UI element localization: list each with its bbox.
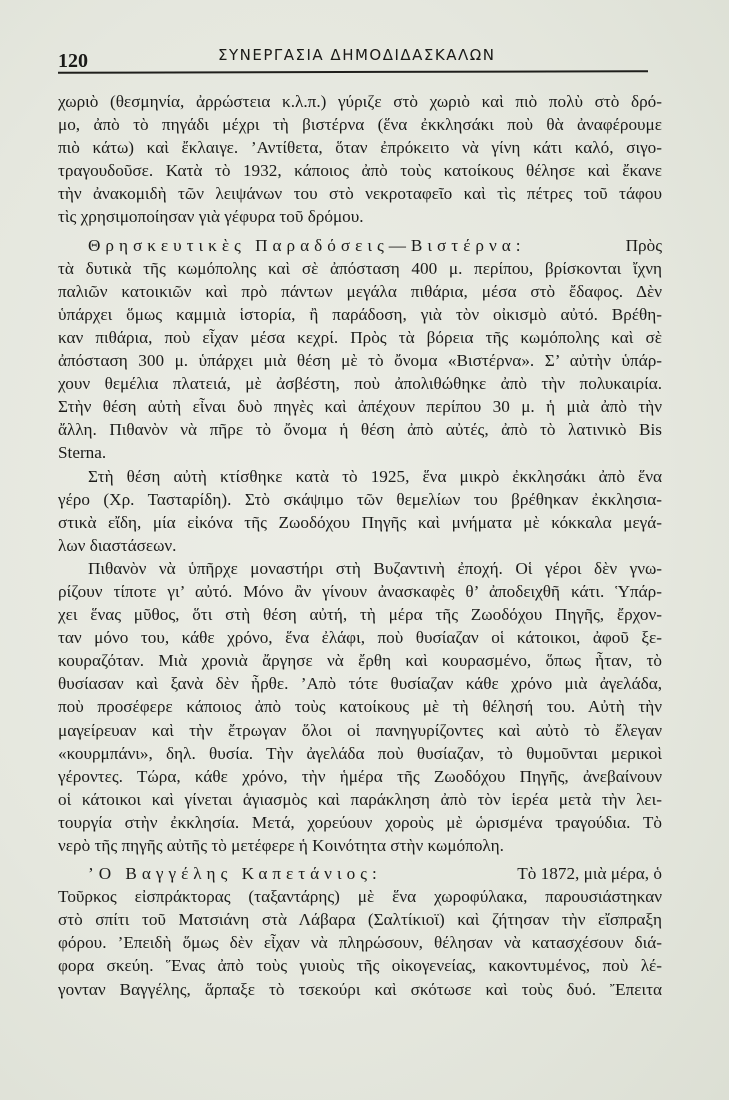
page-number: 120 <box>58 50 88 73</box>
text-line: καν πιθάρια, ποὺ εἶχαν μέσα κεχρί. Πρὸς … <box>58 326 662 349</box>
paragraph: Θρησκευτικὲς Παραδόσεις—Βιστέρνα: Πρὸς τ… <box>58 234 662 465</box>
text-line: ὑπάρχει ὅμως καμμιὰ ἱστορία, ἢ παράδοση,… <box>58 303 662 326</box>
text-line: πιὸ κάτω) καὶ ἔκλαιγε. ’Αντίθετα, ὅταν ἐ… <box>58 136 662 159</box>
page-header: 120 ΣΥΝΕΡΓΑΣΙΑ ΔΗΜΟΔΙΔΑΣΚΑΛΩΝ <box>58 42 648 72</box>
body-text: χωριὸ (θεσμηνία, ἀρρώστεια κ.λ.π.) γύριζ… <box>58 90 662 1001</box>
section-heading: Θρησκευτικὲς Παραδόσεις—Βιστέρνα: <box>88 234 526 257</box>
text-line: Στὴ θέση αὐτὴ κτίσθηκε κατὰ τὸ 1925, ἕνα… <box>58 465 662 488</box>
text-line: Πιθανὸν νὰ ὑπῆρχε μοναστήρι στὴ Βυζαντιν… <box>58 557 662 580</box>
book-page: 120 ΣΥΝΕΡΓΑΣΙΑ ΔΗΜΟΔΙΔΑΣΚΑΛΩΝ χωριὸ (θεσ… <box>0 0 729 1100</box>
text-line: γέροντες. Τώρα, κάθε χρόνο, τὴν ἡμέρα τῆ… <box>58 765 662 788</box>
text-line: Τοῦρκος εἰσπράκτορας (ταξαντάρης) μὲ ἕνα… <box>58 885 662 908</box>
paragraph: Στὴ θέση αὐτὴ κτίσθηκε κατὰ τὸ 1925, ἕνα… <box>58 465 662 557</box>
text-line: Sterna. <box>58 441 662 464</box>
section-heading: ’Ο Βαγγέλης Καπετάνιος: <box>88 862 382 885</box>
text-line: στὸ σπίτι τοῦ Ματσιάνη στὰ Λάβαρα (Σαλτί… <box>58 908 662 931</box>
text-line: τὶς χρησιμοποίησαν γιὰ γέφυρα τοῦ δρόμου… <box>58 205 662 228</box>
text-line: γονταν Βαγγέλης, ἅρπαξε τὸ τσεκούρι καὶ … <box>58 978 662 1001</box>
text-line: οἱ κάτοικοι καὶ γίνεται ἁγιασμὸς καὶ παρ… <box>58 788 662 811</box>
text-line: Στὴν θέση αὐτὴ εἶναι δυὸ πηγὲς καὶ ἀπέχο… <box>58 395 662 418</box>
text-line: κουραζόταν. Μιὰ χρονιὰ ἄργησε νὰ ἔρθη κα… <box>58 649 662 672</box>
text-line: ’Ο Βαγγέλης Καπετάνιος: Τὸ 1872, μιὰ μέρ… <box>58 862 662 885</box>
text-line: τὴν ἀνακομιδὴ τῶν λειψάνων του στὸ νεκρο… <box>58 182 662 205</box>
paragraph: Πιθανὸν νὰ ὑπῆρχε μοναστήρι στὴ Βυζαντιν… <box>58 557 662 857</box>
text-line: νερὸ τῆς πηγῆς αὐτῆς τὸ μετέφερε ἡ Κοινό… <box>58 834 662 857</box>
paragraph: ’Ο Βαγγέλης Καπετάνιος: Τὸ 1872, μιὰ μέρ… <box>58 862 662 1001</box>
heading-continuation: Τὸ 1872, μιὰ μέρα, ὁ <box>517 862 662 885</box>
text-line: «κουρμπάνι», δηλ. θυσία. Τὴν ἀγελάδα ποὺ… <box>58 742 662 765</box>
text-line: παλιῶν κατοικιῶν καὶ πρὸ πάντων μεγάλα π… <box>58 280 662 303</box>
text-line: φόρου. ’Επειδὴ ὅμως δὲν εἶχαν νὰ πληρώσο… <box>58 931 662 954</box>
running-head: ΣΥΝΕΡΓΑΣΙΑ ΔΗΜΟΔΙΔΑΣΚΑΛΩΝ <box>218 46 495 64</box>
text-line: ἀπόσταση 300 μ. ὑπάρχει μιὰ θέση μὲ τὸ ὄ… <box>58 349 662 372</box>
text-line: χει ἕνας μῦθος, ὅτι στὴ θέση αὐτή, τὴ μέ… <box>58 603 662 626</box>
text-line: τραγουδοῦσε. Κατὰ τὸ 1932, κάποιος ἀπὸ τ… <box>58 159 662 182</box>
text-line: μαγείρευαν καὶ τὴν ἔτρωγαν ὅλοι οἱ πανηγ… <box>58 719 662 742</box>
text-line: φορα σκεύη. Ἕνας ἀπὸ τοὺς γυιοὺς τῆς οἰκ… <box>58 954 662 977</box>
paragraph: χωριὸ (θεσμηνία, ἀρρώστεια κ.λ.π.) γύριζ… <box>58 90 662 229</box>
text-line: ταν μόνο του, κάθε χρόνο, ἕνα ἐλάφι, ποὺ… <box>58 626 662 649</box>
heading-continuation: Πρὸς <box>626 234 662 257</box>
text-line: ποὺ προσέφερε κάποιος ἀπὸ τοὺς κατοίκους… <box>58 695 662 718</box>
header-rule <box>58 70 648 74</box>
text-line: μο, ἀπὸ τὸ πηγάδι μέχρι τὴ βιστέρνα (ἕνα… <box>58 113 662 136</box>
text-line: στικὰ εἴδη, μία εἰκόνα τῆς Ζωοδόχου Πηγῆ… <box>58 511 662 534</box>
text-line: Θρησκευτικὲς Παραδόσεις—Βιστέρνα: Πρὸς <box>58 234 662 257</box>
text-line: ἄλλη. Πιθανὸν νὰ πῆρε τὸ ὄνομα ἡ θέση ἀπ… <box>58 418 662 441</box>
text-line: χουν θεμέλια πλατειά, μὲ ἀσβέστη, ποὺ ἀπ… <box>58 372 662 395</box>
text-line: χωριὸ (θεσμηνία, ἀρρώστεια κ.λ.π.) γύριζ… <box>58 90 662 113</box>
text-line: τὰ δυτικὰ τῆς κωμόπολης καὶ σὲ ἀπόσταση … <box>58 257 662 280</box>
text-line: θυσίασαν καὶ ξανὰ δὲν ἦρθε. ’Απὸ τότε θυ… <box>58 672 662 695</box>
text-line: γέρο (Χρ. Τασταρίδη). Στὸ σκάψιμο τῶν θε… <box>58 488 662 511</box>
text-line: ρίζουν τίποτε γι’ αὐτό. Μόνο ἂν γίνουν ἀ… <box>58 580 662 603</box>
text-line: λων διαστάσεων. <box>58 534 662 557</box>
text-line: τουργία στὴν ἐκκλησία. Μετά, χορεύουν χο… <box>58 811 662 834</box>
